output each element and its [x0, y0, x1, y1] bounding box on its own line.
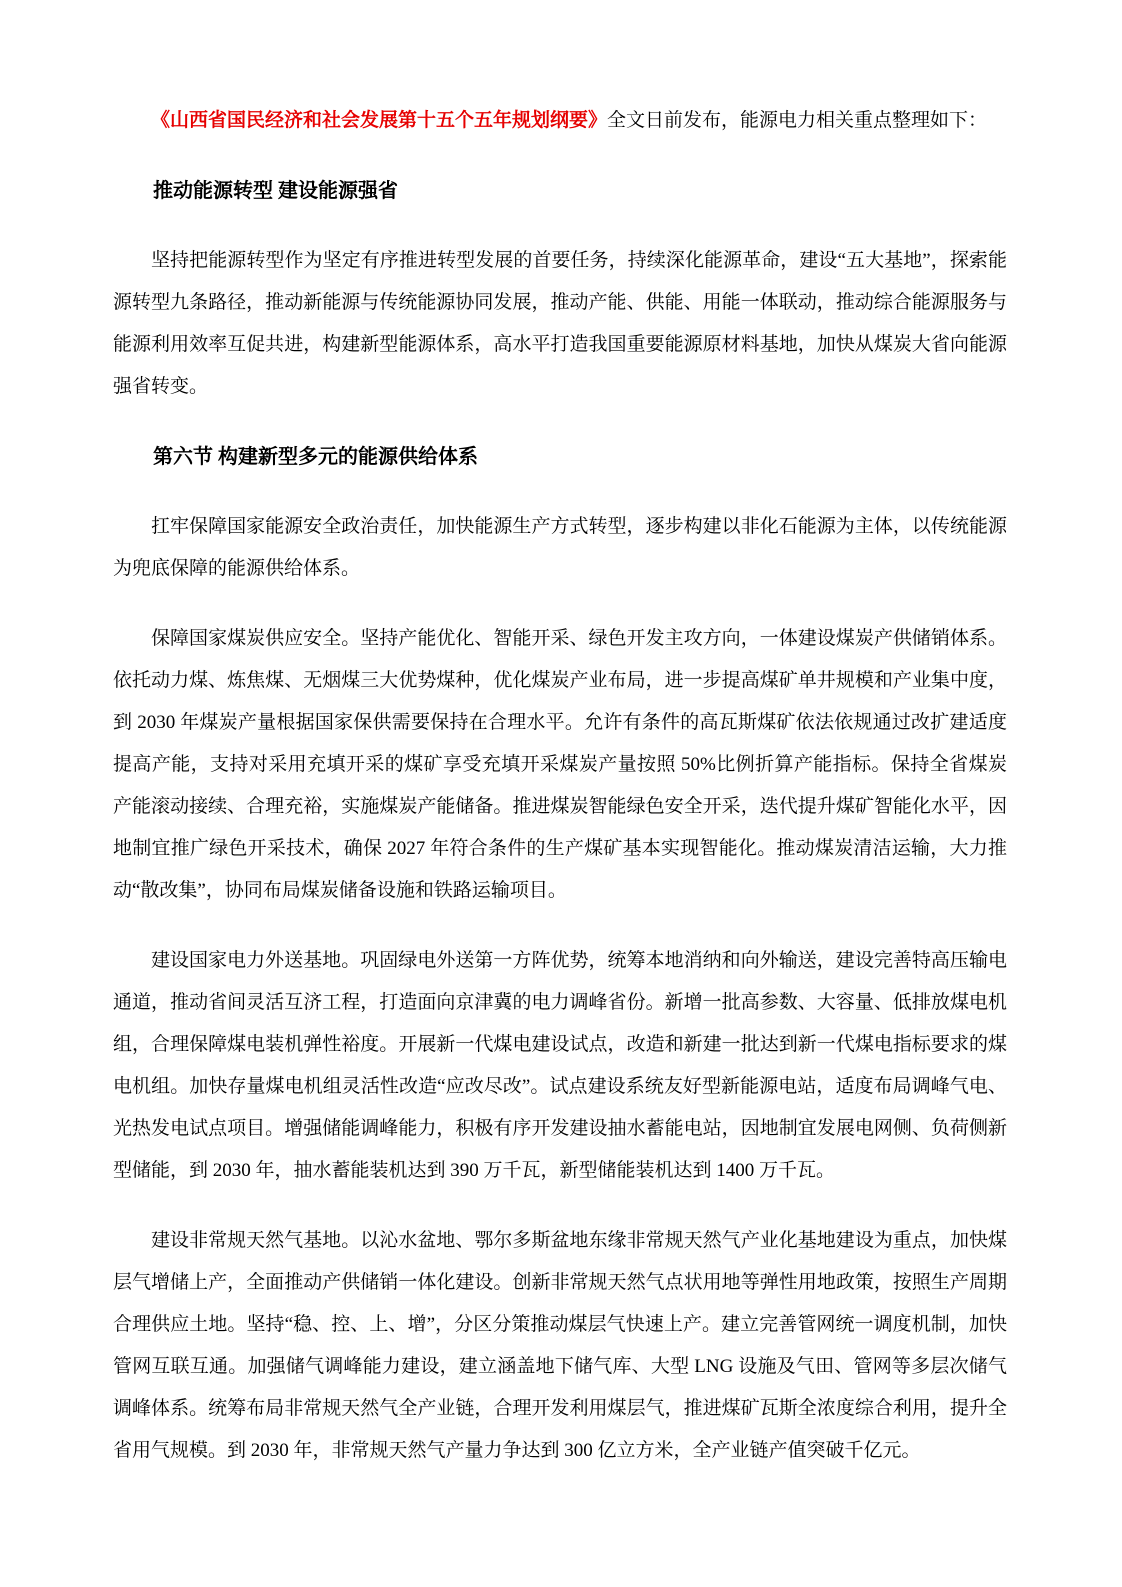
intro-paragraph: 《山西省国民经济和社会发展第十五个五年规划纲要》全文日前发布，能源电力相关重点整…: [113, 100, 1007, 142]
para-energy-supply-system: 扛牢保障国家能源安全政治责任，加快能源生产方式转型，逐步构建以非化石能源为主体，…: [113, 506, 1007, 590]
document-page: 《山西省国民经济和社会发展第十五个五年规划纲要》全文日前发布，能源电力相关重点整…: [0, 0, 1122, 1587]
intro-suffix: 全文日前发布，能源电力相关重点整理如下：: [607, 110, 987, 131]
para-unconventional-gas-base: 建设非常规天然气基地。以沁水盆地、鄂尔多斯盆地东缘非常规天然气产业化基地建设为重…: [113, 1220, 1007, 1472]
para-coal-supply-security: 保障国家煤炭供应安全。坚持产能优化、智能开采、绿色开发主攻方向，一体建设煤炭产供…: [113, 618, 1007, 912]
plan-title: 《山西省国民经济和社会发展第十五个五年规划纲要》: [151, 110, 607, 131]
para-power-export-base: 建设国家电力外送基地。巩固绿电外送第一方阵优势，统筹本地消纳和向外输送，建设完善…: [113, 940, 1007, 1192]
heading-section-six: 第六节 构建新型多元的能源供给体系: [113, 436, 1007, 478]
heading-energy-transition: 推动能源转型 建设能源强省: [113, 170, 1007, 212]
para-energy-transition-overview: 坚持把能源转型作为坚定有序推进转型发展的首要任务，持续深化能源革命，建设“五大基…: [113, 240, 1007, 408]
